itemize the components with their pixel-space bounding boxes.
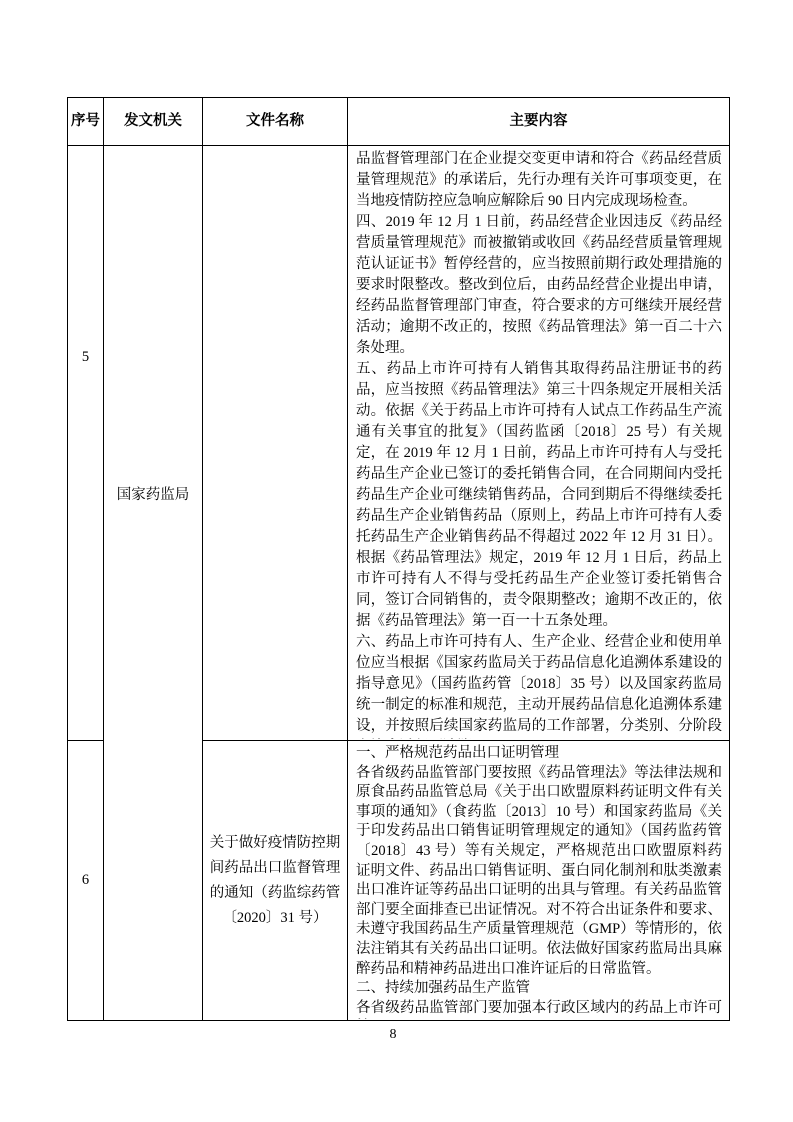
paragraph: 二、持续加强药品生产监管 bbox=[356, 979, 722, 999]
header-cell-doc-name: 文件名称 bbox=[203, 98, 348, 146]
paragraph: 五、药品上市许可持有人销售其取得药品注册证书的药品，应当按照《药品管理法》第三十… bbox=[356, 359, 722, 632]
paragraph: 各省级药品监管部门要加强本行政区域内的药品上市许可持 bbox=[356, 999, 722, 1019]
doc-name-cell-6: 关于做好疫情防控期间药品出口监督管理的通知（药监综药管〔2020〕31 号） bbox=[203, 741, 348, 1021]
serial-cell-5: 5 bbox=[68, 146, 104, 741]
content-cell-5: 品监督管理部门在企业提交变更申请和符合《药品经营质量管理规范》的承诺后，先行办理… bbox=[348, 146, 730, 741]
header-cell-agency: 发文机关 bbox=[104, 98, 203, 146]
paragraph: 各省级药品监管部门要按照《药品管理法》等法律法规和原食品药品监管总局《关于出口欧… bbox=[356, 764, 722, 980]
content-cell-6: 一、严格规范药品出口证明管理各省级药品监管部门要按照《药品管理法》等法律法规和原… bbox=[348, 741, 730, 1021]
document-page: 序号 发文机关 文件名称 主要内容 5 国家药监局 品监督管理部门在企业提交变更… bbox=[0, 0, 793, 1122]
header-cell-serial: 序号 bbox=[68, 98, 104, 146]
agency-cell: 国家药监局 bbox=[104, 146, 203, 1021]
paragraph: 品监督管理部门在企业提交变更申请和符合《药品经营质量管理规范》的承诺后，先行办理… bbox=[356, 149, 722, 212]
table-header-row: 序号 发文机关 文件名称 主要内容 bbox=[68, 98, 730, 146]
page-number: 8 bbox=[0, 1027, 786, 1043]
doc-name-cell-5 bbox=[203, 146, 348, 741]
content-paragraphs-5: 品监督管理部门在企业提交变更申请和符合《药品经营质量管理规范》的承诺后，先行办理… bbox=[348, 146, 729, 739]
header-cell-content: 主要内容 bbox=[348, 98, 730, 146]
table-row-5: 5 国家药监局 品监督管理部门在企业提交变更申请和符合《药品经营质量管理规范》的… bbox=[68, 146, 730, 741]
regulations-table: 序号 发文机关 文件名称 主要内容 5 国家药监局 品监督管理部门在企业提交变更… bbox=[67, 97, 730, 1021]
paragraph: 六、药品上市许可持有人、生产企业、经营企业和使用单位应当根据《国家药监局关于药品… bbox=[356, 632, 722, 739]
serial-cell-6: 6 bbox=[68, 741, 104, 1021]
content-paragraphs-6: 一、严格规范药品出口证明管理各省级药品监管部门要按照《药品管理法》等法律法规和原… bbox=[348, 741, 729, 1019]
paragraph: 四、2019 年 12 月 1 日前，药品经营企业因违反《药品经营质量管理规范》… bbox=[356, 212, 722, 359]
paragraph: 一、严格规范药品出口证明管理 bbox=[356, 744, 722, 764]
